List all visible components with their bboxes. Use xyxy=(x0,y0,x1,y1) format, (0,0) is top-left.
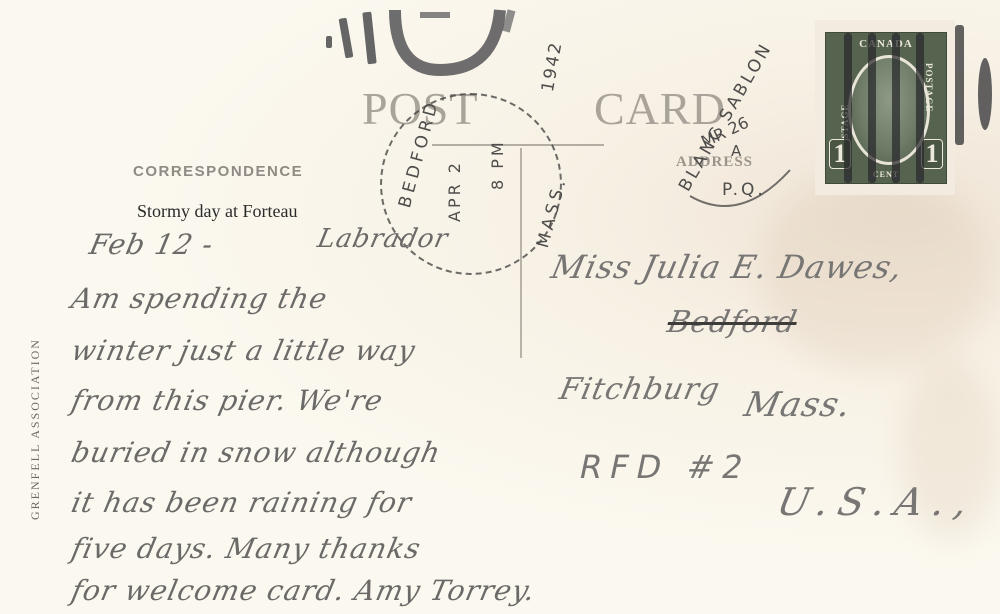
cancel-bar xyxy=(892,33,900,183)
stamp-value-right: 1 xyxy=(921,139,943,169)
postcard-back: POST CARD CORRESPONDENCE Stormy day at F… xyxy=(0,0,1000,614)
message-dateline: Feb 12 - xyxy=(86,228,216,261)
stamp-design: CANADA POSTAGE POSTAGE 1 1 CENT xyxy=(825,32,947,184)
address-town-forwarded: Fitchburg xyxy=(556,372,723,407)
photo-caption: Stormy day at Forteau xyxy=(137,201,297,222)
postmark-bedford-date: APR 2 xyxy=(445,160,464,222)
address-route: RFD #2 xyxy=(576,448,755,486)
cancel-bar xyxy=(844,33,852,183)
postmark-blanc-sablon-line2: A xyxy=(731,142,741,160)
postage-stamp: CANADA POSTAGE POSTAGE 1 1 CENT xyxy=(815,20,955,195)
address-name: Miss Julia E. Dawes, xyxy=(548,248,907,286)
correspondence-label: CORRESPONDENCE xyxy=(133,163,303,180)
message-line: five days. Many thanks xyxy=(68,532,424,565)
message-place: Labrador xyxy=(315,224,451,254)
cancel-bar xyxy=(978,58,992,130)
message-line: from this pier. We're xyxy=(68,384,386,417)
message-line: Am spending the xyxy=(68,282,330,315)
cancel-bar xyxy=(868,33,876,183)
address-state: Mass. xyxy=(741,385,855,425)
message-line: winter just a little way xyxy=(68,334,418,367)
postmark-bedford-year: 1942 xyxy=(538,40,567,94)
address-town-struck: Bedford xyxy=(664,305,800,340)
address-country: U.S.A., xyxy=(773,480,981,524)
publisher-credit: GRENFELL ASSOCIATION xyxy=(28,338,43,520)
message-line: for welcome card. Amy Torrey. xyxy=(68,574,538,607)
postmark-blanc-sablon-province: P.Q. xyxy=(722,180,766,200)
stamp-postage-right: POSTAGE xyxy=(924,63,934,112)
cancel-bar xyxy=(955,25,964,145)
cancel-bar xyxy=(916,33,924,183)
message-line: it has been raining for xyxy=(68,486,415,519)
message-line: buried in snow although xyxy=(68,436,444,469)
postmark-bedford-time: 8 PM xyxy=(488,139,507,190)
